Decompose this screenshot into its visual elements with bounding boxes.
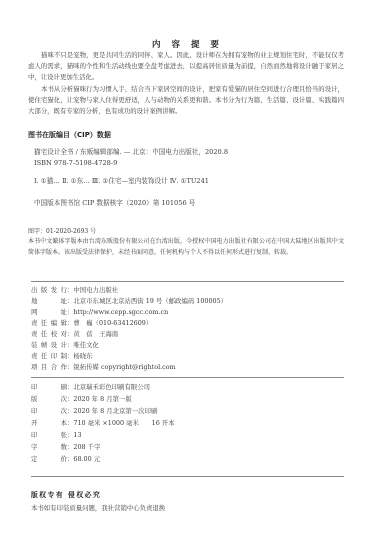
rights-note: 本书如有印装质量问题，我社营销中心负责退换 xyxy=(31,503,165,512)
edition-field: 版 次：2020 年 8 月第一版 xyxy=(31,394,132,405)
price-field: 定 价：68.00 元 xyxy=(31,454,100,465)
design-field: 装帧设计：唯佳文化 xyxy=(31,340,99,351)
printer-field: 印 刷：北京瑞禾彩色印刷有限公司 xyxy=(31,382,150,393)
cooperation-field: 项目合作：锐拓传媒 copyright@rightol.com xyxy=(31,362,176,373)
website-link[interactable]: http://www.cepp.sgcc.com.cn xyxy=(73,308,168,316)
cip-heading: 图书在版编目（CIP）数据 xyxy=(28,130,111,140)
editor-field: 责任编辑：曹 巍（010-63412609） xyxy=(31,318,152,329)
word-count-field: 字 数：208 千字 xyxy=(31,442,100,453)
website-field: 网 址：http://www.cepp.sgcc.com.cn xyxy=(31,307,168,318)
print-manager-field: 责任印制：杨晓东 xyxy=(31,351,93,362)
copyright-notice-text: 本书中文繁体字版本由台湾东贩股份有限公司在台湾出版，今授权中国电力出版社有限公司… xyxy=(28,237,344,258)
rights-heading: 版权专有 侵权必究 xyxy=(31,489,101,499)
divider-1 xyxy=(31,281,344,282)
cip-number-line: 中国版本图书馆 CIP 数据核字（2020）第 101056 号 xyxy=(34,198,195,208)
publisher-field: 出版发行：中国电力出版社 xyxy=(31,285,118,296)
impression-field: 印 次：2020 年 8 月北京第一次印刷 xyxy=(31,406,157,417)
cip-title-line: 猫宅设计全书 / 东贩编辑部编. — 北京：中国电力出版社，2020.8 xyxy=(34,147,228,157)
divider-2 xyxy=(31,377,344,378)
divider-3 xyxy=(31,476,344,477)
sheets-field: 印 张：13 xyxy=(31,430,82,441)
address-field: 地 址：北京市东城区北京站西街 19 号（邮政编码 100005） xyxy=(31,296,227,307)
cip-isbn-line: ISBN 978-7-5198-4728-9 xyxy=(34,158,117,168)
summary-paragraph-1: 猫咪不只是宠物，更是共同生活的同伴、家人。因此，设计师在为拥有宠物的业主规划住宅… xyxy=(28,50,344,83)
register-number: 图字：01-2020-2693 号 xyxy=(28,227,344,238)
cip-classification-line: Ⅰ. ①猫… Ⅱ. ①东… Ⅲ. ①住宅—室内装饰设计 Ⅳ. ①TU241 xyxy=(34,176,209,186)
summary-paragraph-2: 本书从分析猫咪行为习惯入手，结合当下家居空间的设计，把家有爱猫的居住空间进行合理… xyxy=(28,84,344,117)
summary-title: 内 容 提 要 xyxy=(0,38,375,50)
format-field: 开 本：710 毫米 ×1000 毫米 16 开本 xyxy=(31,418,175,429)
proofreader-field: 责任校对：黄 蓓 王海南 xyxy=(31,329,118,340)
